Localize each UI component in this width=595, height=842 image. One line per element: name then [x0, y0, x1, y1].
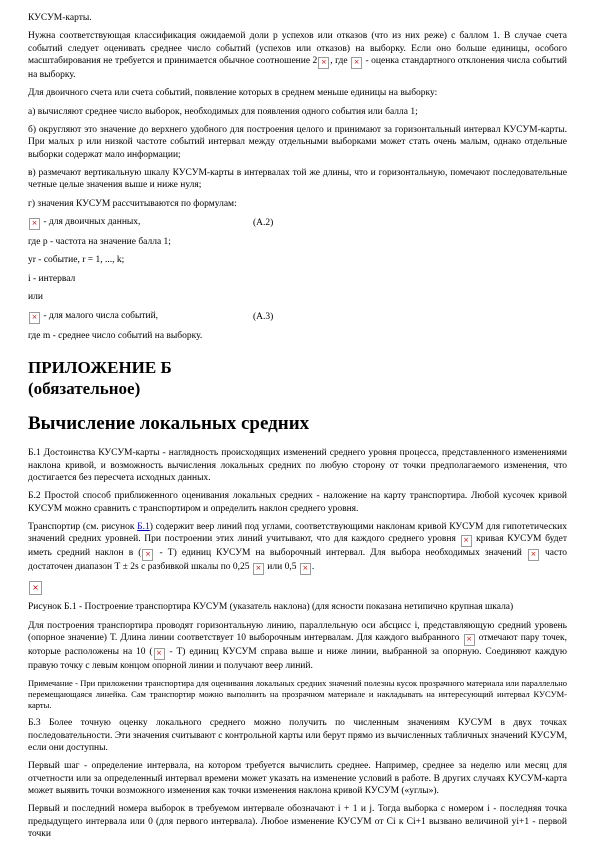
- text-run: , где: [330, 56, 350, 66]
- paragraph-b2: Б.2 Простой способ приближенного оценива…: [28, 490, 567, 515]
- figure-b1-link[interactable]: Б.1: [137, 522, 150, 532]
- broken-image-icon: ×: [464, 634, 475, 646]
- text-run: - Т) единиц КУСУМ на выборочный интервал…: [154, 548, 526, 558]
- formula-a2: × - для двоичных данных,(А.2): [28, 216, 567, 230]
- text-run: .: [312, 562, 314, 572]
- list-item-a: а) вычисляют среднее число выборок, необ…: [28, 106, 567, 118]
- list-item-g: г) значения КУСУМ рассчитываются по форм…: [28, 198, 567, 210]
- appendix-heading: ПРИЛОЖЕНИЕ Б (обязательное): [28, 358, 567, 399]
- text-run: - для малого числа событий,: [41, 311, 158, 321]
- text-run: г) значения КУСУМ рассчитываются по форм…: [28, 199, 237, 209]
- text-run: Б.2 Простой способ приближенного оценива…: [28, 491, 567, 513]
- text-run: Первый и последний номера выборок в треб…: [28, 804, 567, 839]
- figure-placeholder-line: ×: [28, 581, 567, 595]
- paragraph-classification: Нужна соответствующая классификация ожид…: [28, 30, 567, 81]
- text-run: уr - событие, r = 1, ..., k;: [28, 255, 124, 265]
- broken-image-icon: ×: [154, 648, 165, 660]
- broken-image-icon: ×: [528, 549, 539, 561]
- formula-label: (А.2): [253, 217, 273, 229]
- text-run: б) округляют это значение до верхнего уд…: [28, 125, 567, 160]
- text-run: а) вычисляют среднее число выборок, необ…: [28, 107, 418, 117]
- paragraph-first-step: Первый шаг - определение интервала, на к…: [28, 760, 567, 797]
- text-run: Примечание - При приложении транспортира…: [28, 678, 567, 710]
- broken-image-icon: ×: [318, 57, 329, 69]
- document-page: КУСУМ-карты. Нужна соответствующая класс…: [0, 0, 595, 840]
- paragraph-protractor: Транспортир (см. рисунок Б.1) содержит в…: [28, 521, 567, 575]
- text-run: где р - частота на значение балла 1;: [28, 237, 171, 247]
- text-run: где m - среднее число событий на выборку…: [28, 331, 202, 341]
- paragraph-build-protractor: Для построения транспортира проводят гор…: [28, 620, 567, 673]
- text-run: Транспортир (см. рисунок: [28, 522, 137, 532]
- paragraph-sample-numbers: Первый и последний номера выборок в треб…: [28, 803, 567, 840]
- section-heading: Вычисление локальных средних: [28, 413, 567, 435]
- broken-image-icon: ×: [142, 549, 153, 561]
- list-item-b: б) округляют это значение до верхнего уд…: [28, 124, 567, 161]
- where-i-line: i - интервал: [28, 273, 567, 285]
- text-run: КУСУМ-карты.: [28, 13, 92, 23]
- broken-image-icon: ×: [461, 535, 472, 547]
- formula-label: (А.3): [253, 311, 273, 323]
- where-yr-line: уr - событие, r = 1, ..., k;: [28, 254, 567, 266]
- text-run: Рисунок Б.1 - Построение транспортира КУ…: [28, 602, 513, 612]
- text-run: в) размечают вертикальную шкалу КУСУМ-ка…: [28, 168, 567, 190]
- paragraph-binary-count: Для двоичного счета или счета событий, п…: [28, 87, 567, 99]
- text-run: Б.3 Более точную оценку локального средн…: [28, 718, 567, 753]
- broken-image-icon: ×: [29, 312, 40, 324]
- doc-title-line: КУСУМ-карты.: [28, 12, 567, 24]
- paragraph-b3: Б.3 Более точную оценку локального средн…: [28, 717, 567, 754]
- text-run: Первый шаг - определение интервала, на к…: [28, 761, 567, 796]
- text-run: или: [28, 292, 43, 302]
- where-m-line: где m - среднее число событий на выборку…: [28, 330, 567, 342]
- where-p-line: где р - частота на значение балла 1;: [28, 236, 567, 248]
- paragraph-b1: Б.1 Достоинства КУСУМ-карты - наглядност…: [28, 447, 567, 484]
- broken-image-icon: ×: [351, 57, 362, 69]
- broken-image-icon: ×: [300, 563, 311, 575]
- text-run: Б.1 Достоинства КУСУМ-карты - наглядност…: [28, 448, 567, 483]
- paragraph-note: Примечание - При приложении транспортира…: [28, 678, 567, 711]
- broken-image-icon: ×: [29, 218, 40, 230]
- formula-a3: × - для малого числа событий,(А.3): [28, 310, 567, 324]
- or-line: или: [28, 291, 567, 303]
- appendix-heading-line1: ПРИЛОЖЕНИЕ Б: [28, 358, 567, 379]
- text-run: i - интервал: [28, 274, 75, 284]
- appendix-heading-line2: (обязательное): [28, 379, 567, 400]
- list-item-v: в) размечают вертикальную шкалу КУСУМ-ка…: [28, 167, 567, 192]
- broken-image-icon: ×: [29, 581, 42, 595]
- text-run: или 0,5: [265, 562, 299, 572]
- figure-caption: Рисунок Б.1 - Построение транспортира КУ…: [28, 601, 567, 613]
- text-run: Для двоичного счета или счета событий, п…: [28, 88, 437, 98]
- text-run: - для двоичных данных,: [41, 217, 140, 227]
- broken-image-icon: ×: [253, 563, 264, 575]
